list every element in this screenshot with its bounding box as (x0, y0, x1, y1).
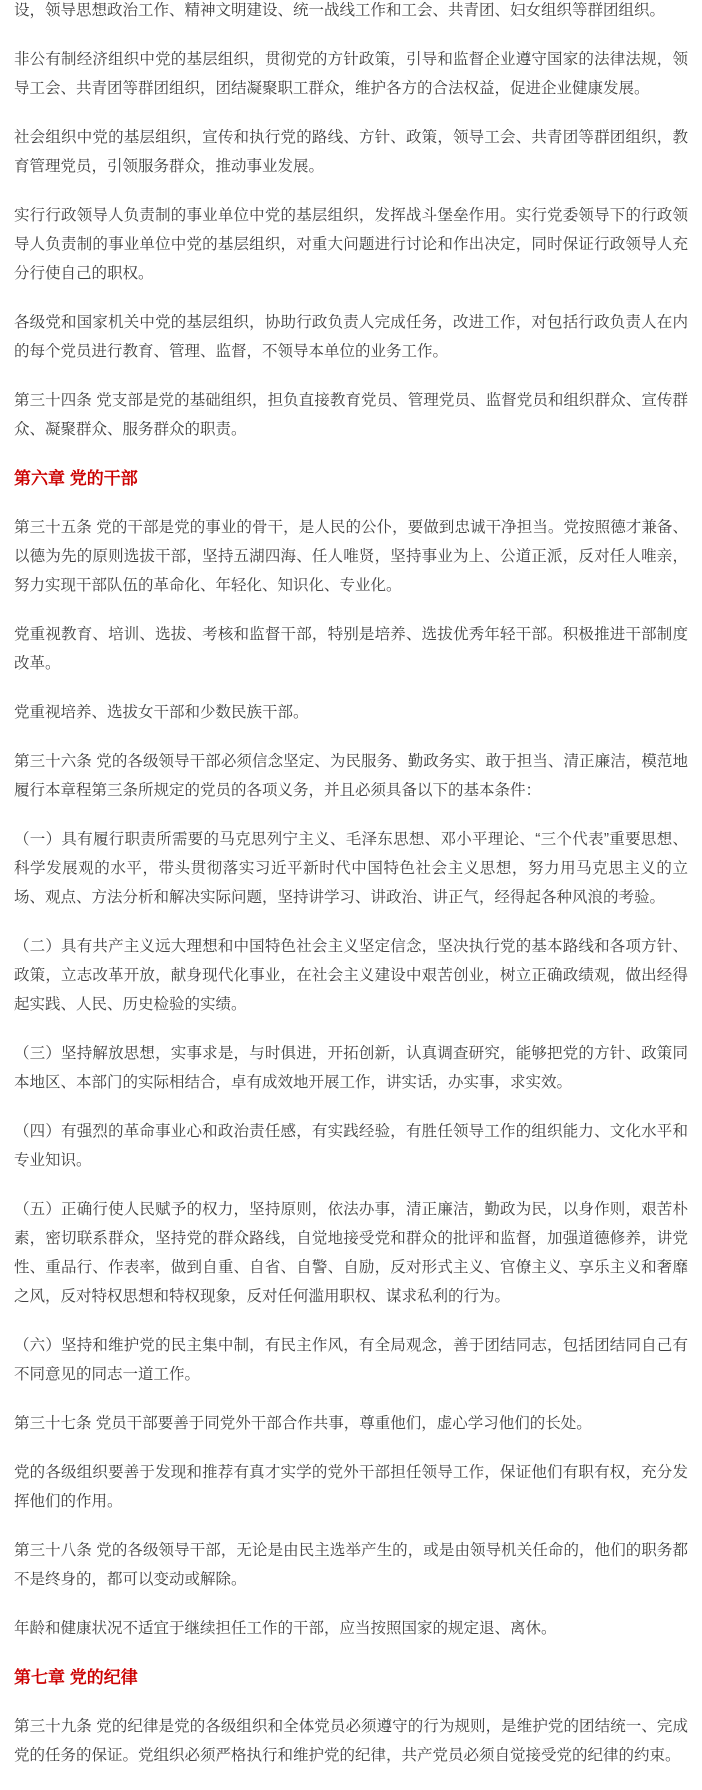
paragraph: 党重视教育、培训、选拔、考核和监督干部，特别是培养、选拔优秀年轻干部。积极推进干… (14, 620, 688, 678)
paragraph-article-36: 第三十六条 党的各级领导干部必须信念坚定、为民服务、勤政务实、敢于担当、清正廉洁… (14, 747, 688, 805)
paragraph: 非公有制经济组织中党的基层组织，贯彻党的方针政策，引导和监督企业遵守国家的法律法… (14, 45, 688, 103)
paragraph-article-34: 第三十四条 党支部是党的基础组织，担负直接教育党员、管理党员、监督党员和组织群众… (14, 386, 688, 444)
paragraph-item-3: （三）坚持解放思想，实事求是，与时俱进，开拓创新，认真调查研究，能够把党的方针、… (14, 1039, 688, 1097)
paragraph: 党的各级组织要善于发现和推荐有真才实学的党外干部担任领导工作，保证他们有职有权，… (14, 1458, 688, 1516)
paragraph-article-39: 第三十九条 党的纪律是党的各级组织和全体党员必须遵守的行为规则，是维护党的团结统… (14, 1712, 688, 1770)
chapter-heading-7: 第七章 党的纪律 (14, 1663, 688, 1692)
paragraph: 社会组织中党的基层组织，宣传和执行党的路线、方针、政策，领导工会、共青团等群团组… (14, 123, 688, 181)
paragraph-item-2: （二）具有共产主义远大理想和中国特色社会主义坚定信念，坚决执行党的基本路线和各项… (14, 932, 688, 1019)
paragraph-continuation: 设，领导思想政治工作、精神文明建设、统一战线工作和工会、共青团、妇女组织等群团组… (14, 0, 688, 25)
paragraph-item-5: （五）正确行使人民赋予的权力，坚持原则，依法办事，清正廉洁，勤政为民，以身作则，… (14, 1195, 688, 1311)
paragraph: 实行行政领导人负责制的事业单位中党的基层组织，发挥战斗堡垒作用。实行党委领导下的… (14, 201, 688, 288)
paragraph: 党重视培养、选拔女干部和少数民族干部。 (14, 698, 688, 727)
paragraph-article-38: 第三十八条 党的各级领导干部，无论是由民主选举产生的，或是由领导机关任命的，他们… (14, 1536, 688, 1594)
paragraph: 年龄和健康状况不适宜于继续担任工作的干部，应当按照国家的规定退、离休。 (14, 1614, 688, 1643)
chapter-heading-6: 第六章 党的干部 (14, 464, 688, 493)
document-body: 设，领导思想政治工作、精神文明建设、统一战线工作和工会、共青团、妇女组织等群团组… (0, 0, 702, 1790)
paragraph-item-1: （一）具有履行职责所需要的马克思列宁主义、毛泽东思想、邓小平理论、“三个代表”重… (14, 825, 688, 912)
paragraph-item-6: （六）坚持和维护党的民主集中制，有民主作风，有全局观念，善于团结同志，包括团结同… (14, 1331, 688, 1389)
paragraph: 各级党和国家机关中党的基层组织，协助行政负责人完成任务，改进工作，对包括行政负责… (14, 308, 688, 366)
paragraph-item-4: （四）有强烈的革命事业心和政治责任感，有实践经验，有胜任领导工作的组织能力、文化… (14, 1117, 688, 1175)
paragraph-article-35: 第三十五条 党的干部是党的事业的骨干，是人民的公仆，要做到忠诚干净担当。党按照德… (14, 513, 688, 600)
paragraph-article-37: 第三十七条 党员干部要善于同党外干部合作共事，尊重他们，虚心学习他们的长处。 (14, 1409, 688, 1438)
